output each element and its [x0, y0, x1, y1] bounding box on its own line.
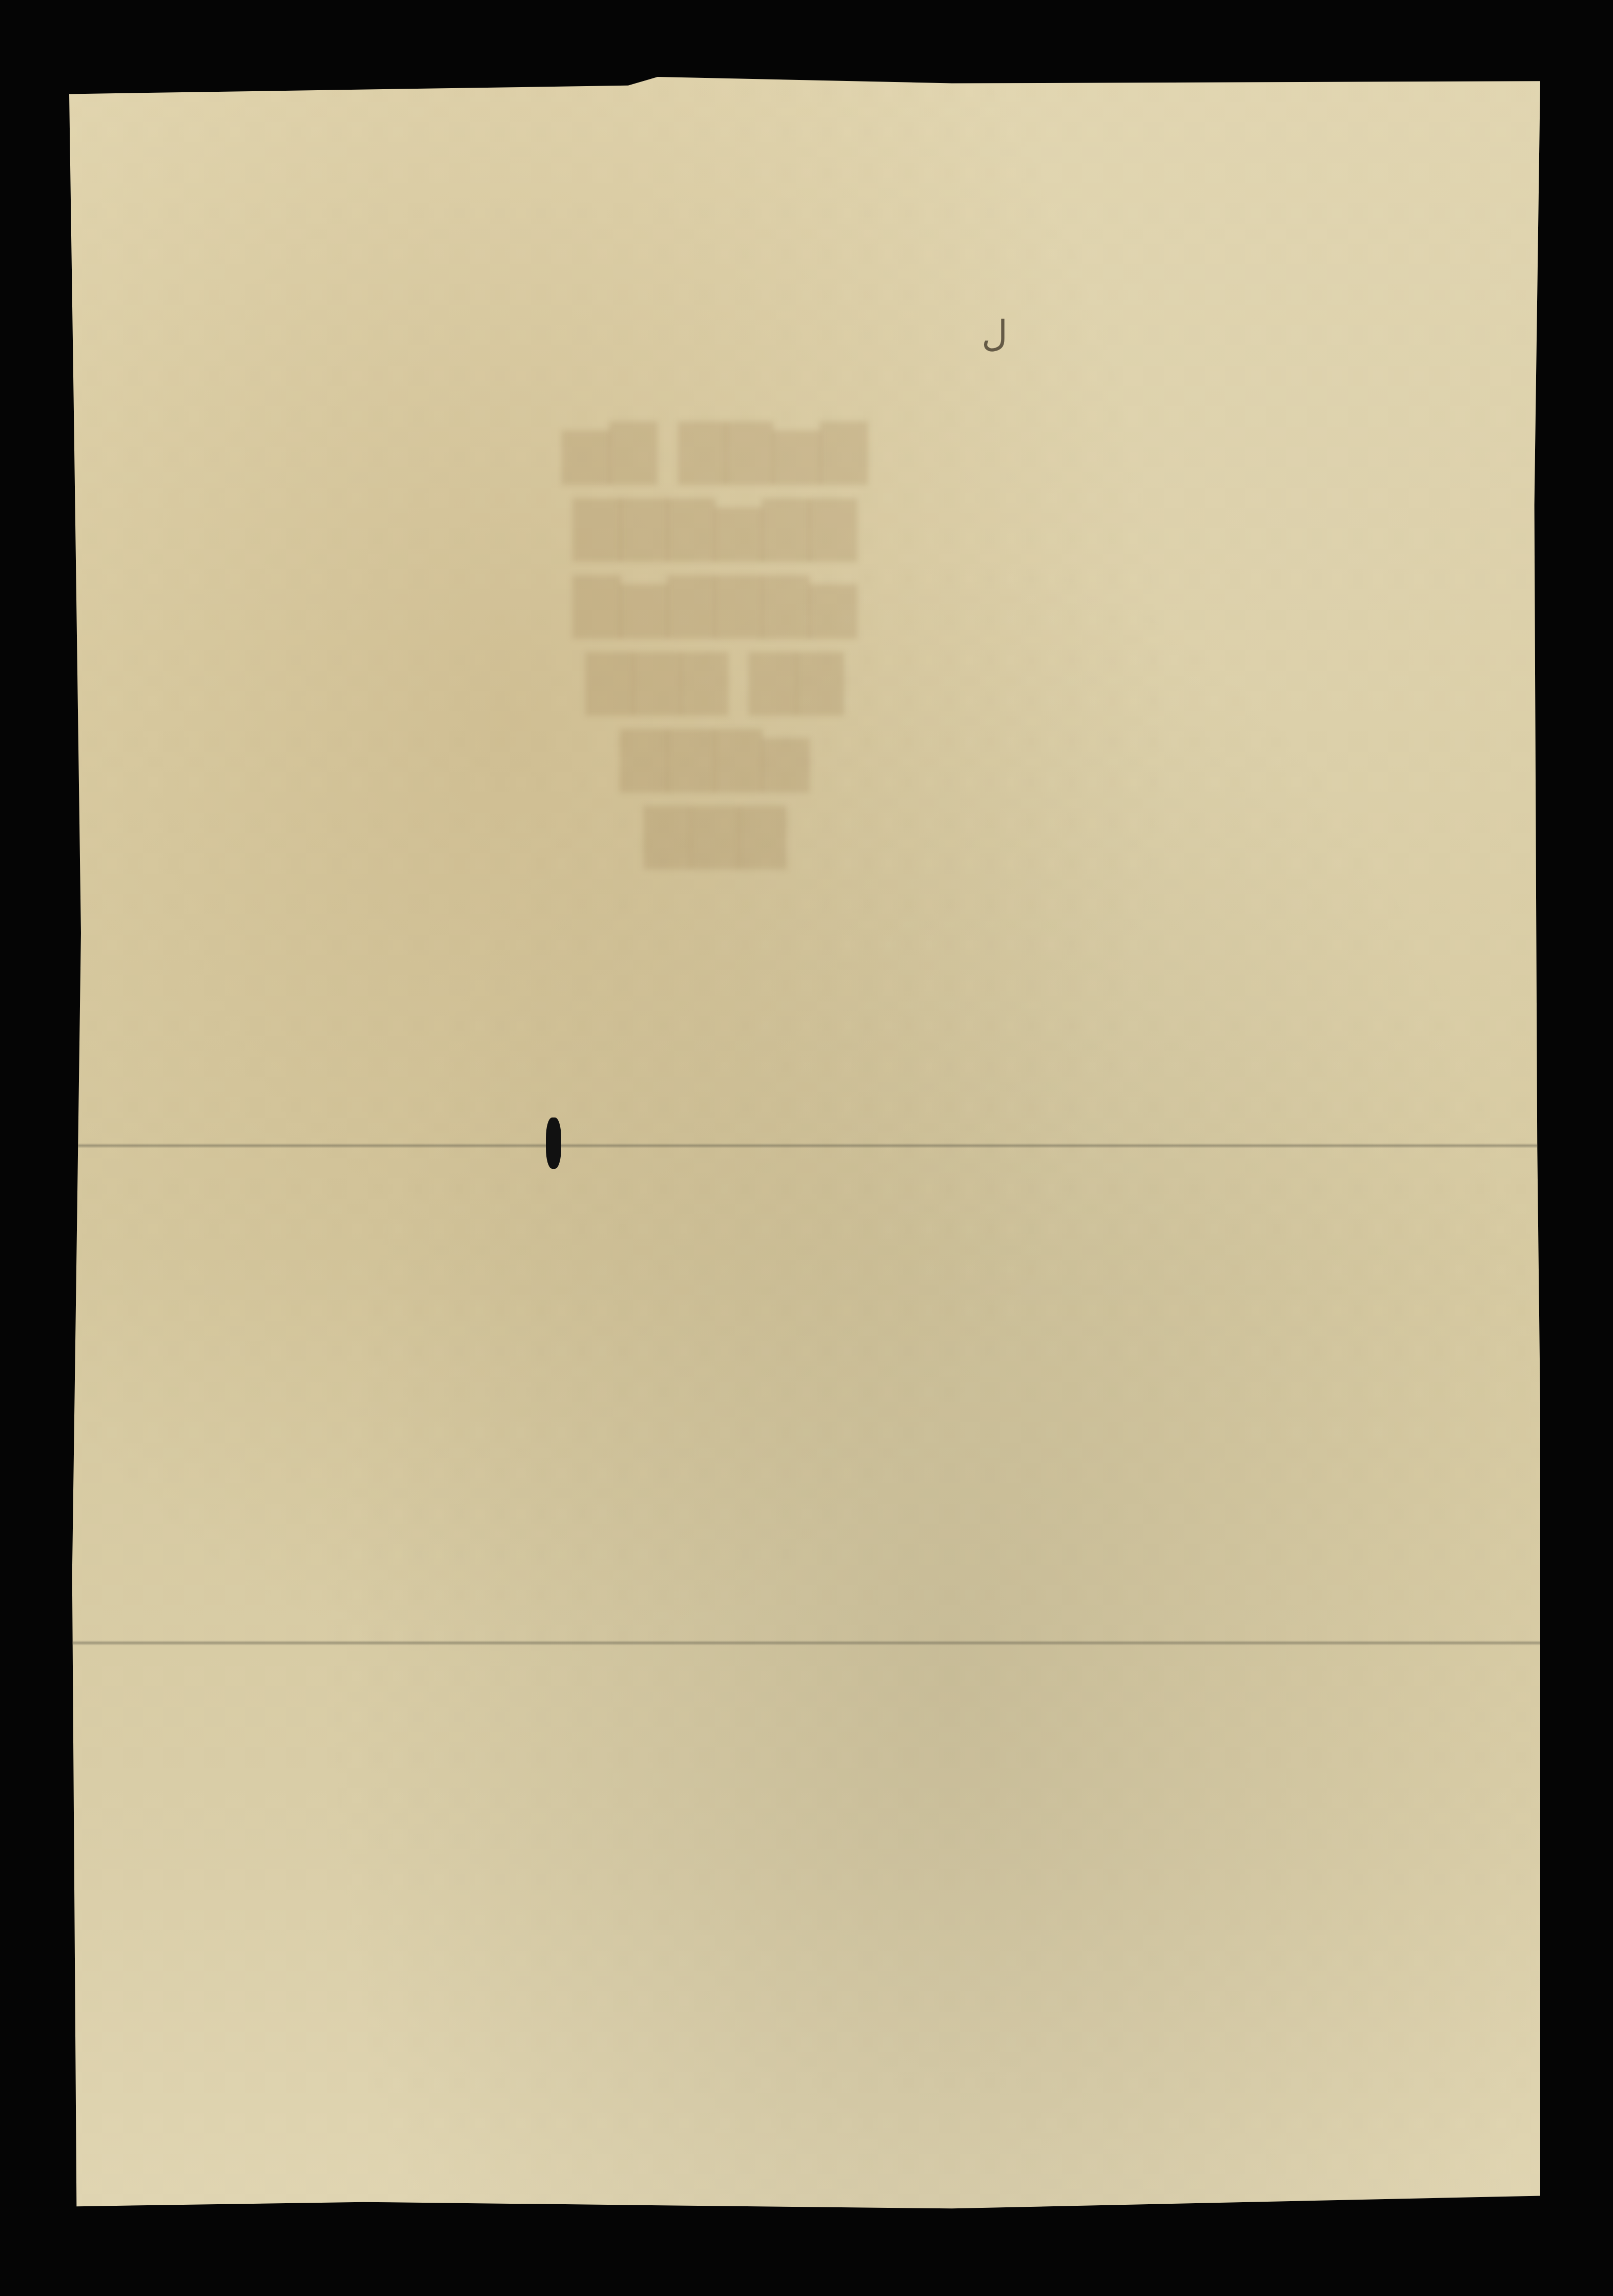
handwritten-mark: ﻝ: [982, 313, 1008, 355]
fold-line: [69, 1640, 1540, 1645]
paper-sheet: ▇▆▇▇ ▇▆ ▇▇▆▇▇▇ ▆▇▇▇▆▇ ▇▇ ▇▇▇ ▆▇▇▇ ▇▇▇ ﻝ: [69, 77, 1540, 2217]
wormhole-damage: [546, 1117, 561, 1169]
fold-line: [69, 1143, 1540, 1148]
show-through-text: ▇▆▇▇ ▇▆ ▇▇▆▇▇▇ ▆▇▇▇▆▇ ▇▇ ▇▇▇ ▆▇▇▇ ▇▇▇: [356, 410, 1074, 871]
